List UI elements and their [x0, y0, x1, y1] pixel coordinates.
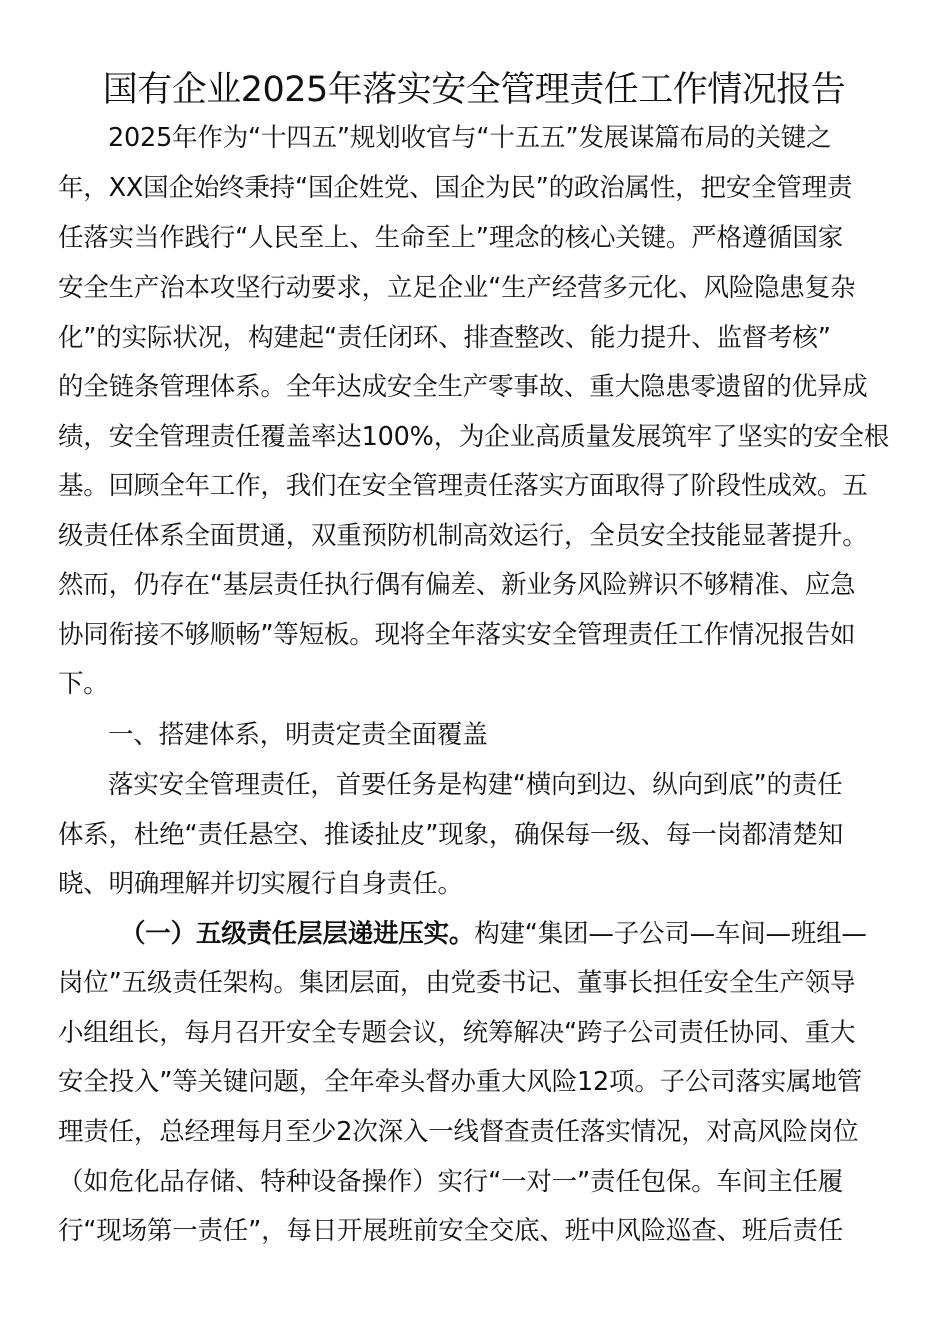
paragraph-line: 化”的实际状况，构建起“责任闭环、排查整改、能力提升、监督考核”: [58, 321, 831, 355]
paragraph-line: 的全链条管理体系。全年达成安全生产零事故、重大隐患零遗留的优异成: [58, 370, 868, 404]
paragraph-line: 晓、明确理解并切实履行自身责任。: [58, 867, 463, 901]
paragraph-line: 体系，杜绝“责任悬空、推诿扯皮”现象，确保每一级、每一岗都清楚知: [58, 818, 843, 852]
section-heading: 一、搭建体系，明责定责全面覆盖: [108, 718, 488, 752]
paragraph-line: （如危化品存储、特种设备操作）实行“一对一”责任包保。车间主任履: [58, 1165, 843, 1199]
subsection-line: （一）五级责任层层递进压实。构建“集团—子公司—车间—班组—: [120, 917, 867, 951]
paragraph-line: 安全投入”等关键问题，全年牵头督办重大风险12项。子公司落实属地管: [58, 1065, 862, 1099]
paragraph-line: 安全生产治本攻坚行动要求，立足企业“生产经营多元化、风险隐患复杂: [58, 271, 855, 305]
paragraph-line: 协同衔接不够顺畅”等短板。现将全年落实安全管理责任工作情况报告如: [58, 618, 855, 652]
paragraph-line: 基。回顾全年工作，我们在安全管理责任落实方面取得了阶段性成效。五: [58, 469, 868, 503]
paragraph-line: 然而，仍存在“基层责任执行偶有偏差、新业务风险辨识不够精准、应急: [58, 568, 855, 602]
paragraph-line: 下。: [58, 667, 109, 701]
paragraph-line: 行“现场第一责任”，每日开展班前安全交底、班中风险巡查、班后责任: [58, 1214, 843, 1248]
paragraph-line: 理责任，总经理每月至少2次深入一线督查责任落实情况，对高风险岗位: [58, 1115, 858, 1149]
paragraph-line: 级责任体系全面贯通，双重预防机制高效运行，全员安全技能显著提升。: [58, 519, 868, 553]
subsection-heading: （一）五级责任层层递进压实。: [120, 919, 474, 949]
paragraph-line: 岗位”五级责任架构。集团层面，由党委书记、董事长担任安全生产领导: [58, 966, 855, 1000]
document-title: 国有企业2025年落实安全管理责任工作情况报告: [58, 68, 890, 112]
paragraph-line: 年，XX国企始终秉持“国企姓党、国企为民”的政治属性，把安全管理责: [58, 171, 852, 205]
paragraph-line: 任落实当作践行“人民至上、生命至上”理念的核心关键。严格遵循国家: [58, 221, 843, 255]
subsection-text: 构建“集团—子公司—车间—班组—: [474, 919, 867, 949]
paragraph-line: 落实安全管理责任，首要任务是构建“横向到边、纵向到底”的责任: [108, 768, 842, 802]
paragraph-line: 2025年作为“十四五”规划收官与“十五五”发展谋篇布局的关键之: [108, 121, 831, 155]
paragraph-line: 绩，安全管理责任覆盖率达100%，为企业高质量发展筑牢了坚实的安全根: [58, 420, 889, 454]
paragraph-line: 小组组长，每月召开安全专题会议，统筹解决“跨子公司责任协同、重大: [58, 1016, 855, 1050]
